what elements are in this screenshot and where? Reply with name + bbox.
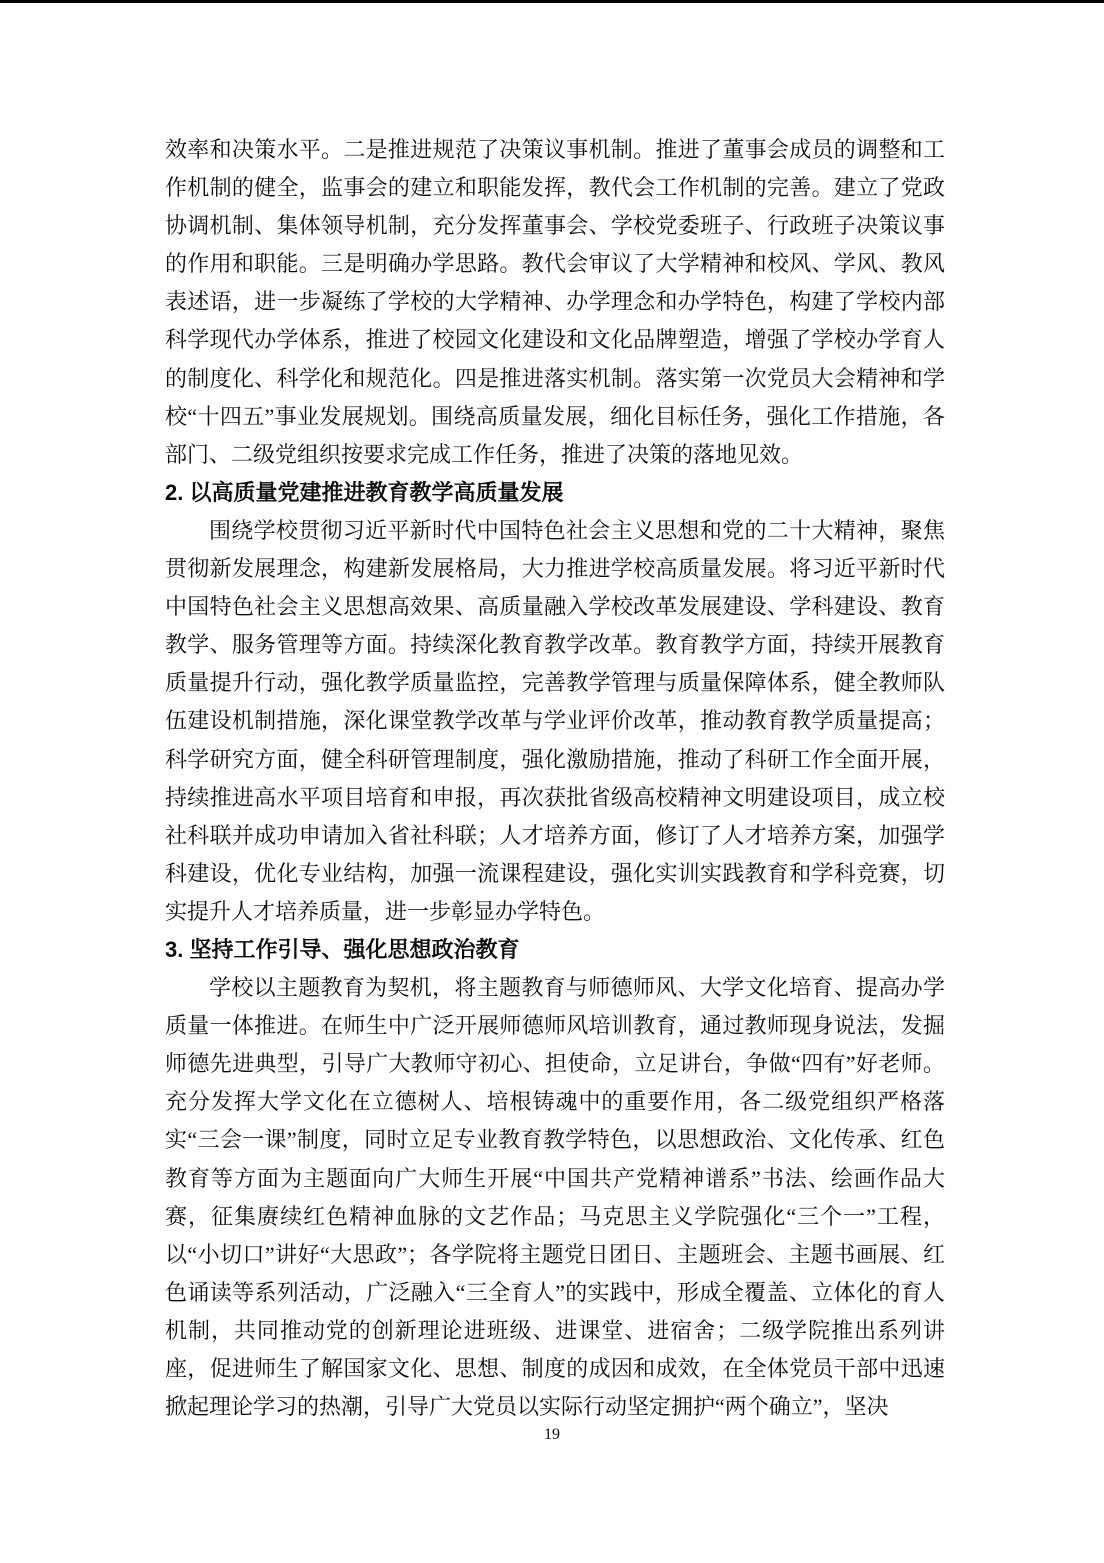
paragraph-continuation: 效率和决策水平。二是推进规范了决策议事机制。推进了董事会成员的调整和工作机制的健… [165, 131, 945, 474]
page-number: 19 [0, 1426, 1104, 1444]
paragraph-section-3: 学校以主题教育为契机，将主题教育与师德师风、大学文化培育、提高办学质量一体推进。… [165, 969, 945, 1426]
section-heading-3: 3. 坚持工作引导、强化思想政治教育 [165, 931, 945, 969]
section-heading-2: 2. 以高质量党建推进教育教学高质量发展 [165, 474, 945, 512]
document-page: 效率和决策水平。二是推进规范了决策议事机制。推进了董事会成员的调整和工作机制的健… [0, 0, 1104, 1563]
paragraph-section-2: 围绕学校贯彻习近平新时代中国特色社会主义思想和党的二十大精神，聚焦贯彻新发展理念… [165, 512, 945, 931]
page-content: 效率和决策水平。二是推进规范了决策议事机制。推进了董事会成员的调整和工作机制的健… [165, 131, 945, 1426]
page-top-border [0, 0, 1104, 3]
